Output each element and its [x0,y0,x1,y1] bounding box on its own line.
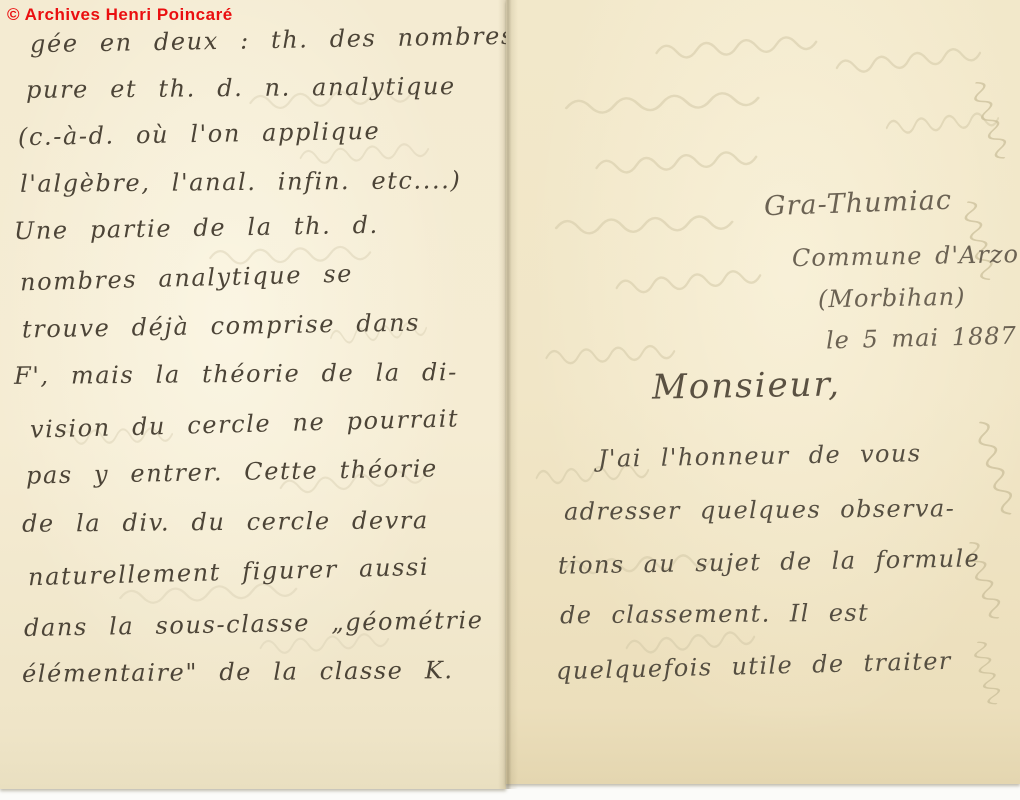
handwriting-line: pure et th. d. n. analytique [26,72,456,104]
letterhead-date: le 5 mai 1887 [826,322,1018,355]
handwriting-line: adresser quelques observa- [564,494,955,525]
handwriting-line: tions au sujet de la formule [558,544,981,579]
copyright-watermark: © Archives Henri Poincaré [7,5,233,25]
handwriting-line: quelquefois utile de traiter [556,647,952,685]
letterhead-department: (Morbihan) [818,283,966,314]
letter-scan: gée en deux : th. des nombres pure et th… [0,0,1020,800]
handwriting-line: (c.-à-d. où l'on applique [18,117,381,151]
handwriting-line: F', mais la théorie de la di- [14,358,458,390]
handwriting-line: dans la sous-classe „géométrie [24,606,484,642]
handwriting-line: nombres analytique se [20,260,354,297]
handwriting-line: Une partie de la th. d. [14,211,379,245]
salutation: Monsieur, [652,364,842,407]
handwriting-line: de classement. Il est [560,599,869,630]
handwriting-line: gée en deux : th. des nombres [30,22,506,58]
letter-page-right: Gra-Thumiac Commune d'Arzon (Morbihan) l… [506,0,1020,784]
letter-page-left: gée en deux : th. des nombres pure et th… [0,0,506,789]
handwriting-line: naturellement figurer aussi [28,553,430,591]
letterhead-location: Gra-Thumiac [764,185,953,223]
handwriting-line: élémentaire" de la classe K. [22,656,454,688]
letterhead-commune: Commune d'Arzon [792,240,1020,272]
handwriting-line: J'ai l'honneur de vous [598,439,922,473]
handwriting-line: l'algèbre, l'anal. infin. etc....) [20,166,462,198]
handwriting-line: vision du cercle ne pourrait [30,404,460,443]
handwriting-line: de la div. du cercle devra [22,506,429,538]
handwriting-line: trouve déjà comprise dans [22,309,421,344]
handwriting-line: pas y entrer. Cette théorie [26,454,438,489]
